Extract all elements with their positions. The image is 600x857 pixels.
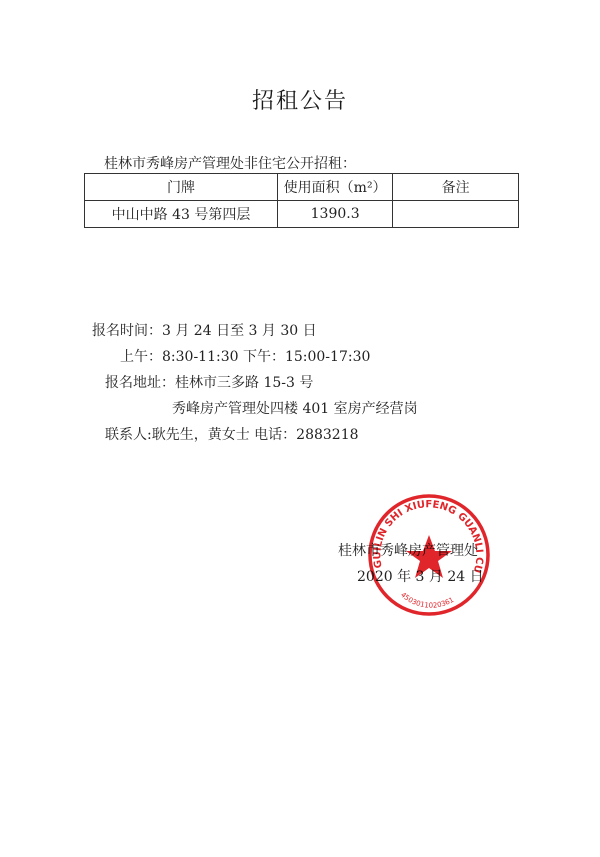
rental-table: 门牌 使用面积（m²） 备注 中山中路 43 号第四层 1390.3 — [84, 173, 519, 228]
registration-time: 报名时间：3 月 24 日至 3 月 30 日 — [92, 320, 317, 340]
cell-address: 中山中路 43 号第四层 — [85, 201, 278, 228]
table-header-row: 门牌 使用面积（m²） 备注 — [85, 174, 519, 201]
signature-date: 2020 年 3 月 24 日 — [357, 566, 484, 586]
header-area: 使用面积（m²） — [278, 174, 393, 201]
table-row: 中山中路 43 号第四层 1390.3 — [85, 201, 519, 228]
cell-remarks — [393, 201, 519, 228]
registration-hours: 上午：8:30-11:30 下午：15:00-17:30 — [120, 346, 370, 366]
svg-text:4503011020361: 4503011020361 — [399, 591, 455, 610]
contact-info: 联系人:耿先生，黄女士 电话：2883218 — [105, 424, 359, 444]
registration-address: 报名地址：桂林市三多路 15-3 号 — [105, 372, 313, 392]
signature-org: 桂林市秀峰房产管理处 — [338, 540, 478, 560]
header-remarks: 备注 — [393, 174, 519, 201]
page-title: 招租公告 — [0, 84, 600, 115]
cell-area: 1390.3 — [278, 201, 393, 228]
header-address: 门牌 — [85, 174, 278, 201]
intro-text: 桂林市秀峰房产管理处非住宅公开招租： — [104, 153, 356, 173]
registration-address-detail: 秀峰房产管理处四楼 401 室房产经营岗 — [172, 398, 418, 418]
